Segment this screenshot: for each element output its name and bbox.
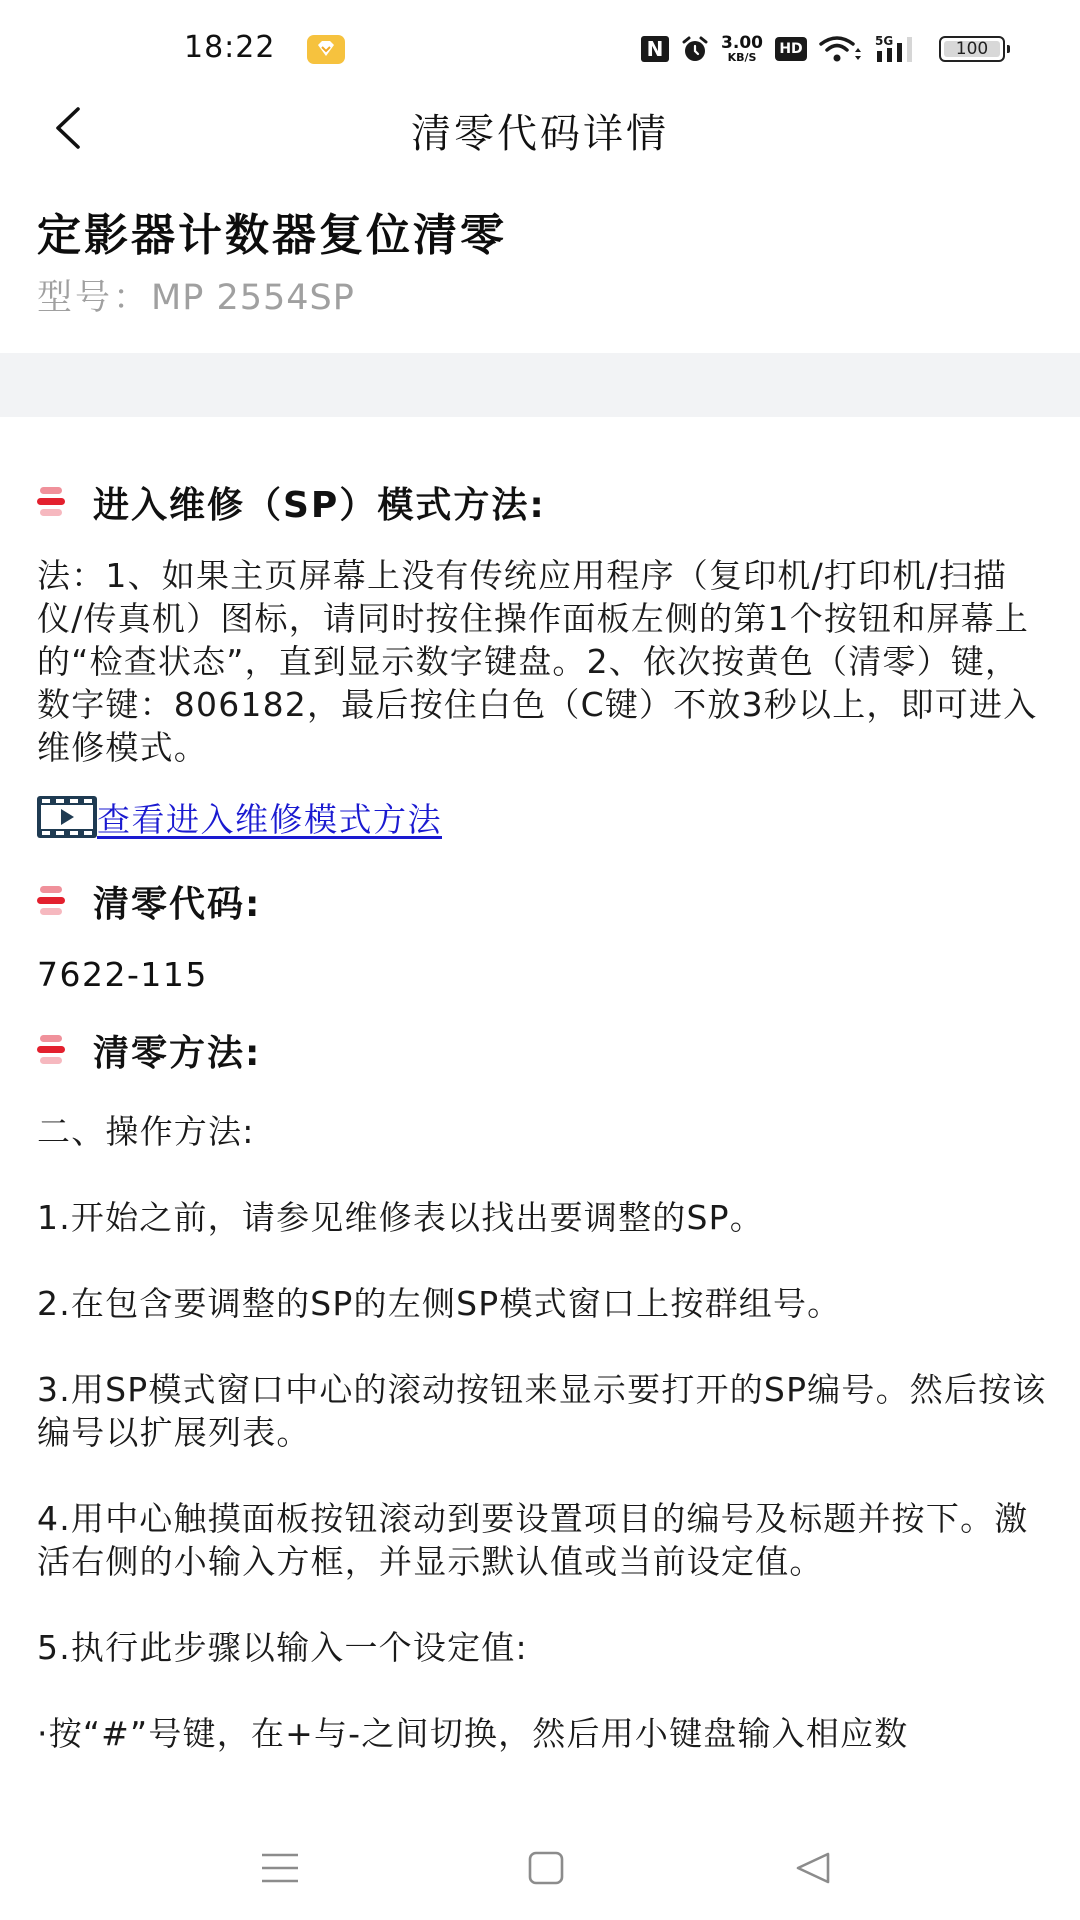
step-item: 4.用中心触摸面板按钮滚动到要设置项目的编号及标题并按下。激活右侧的小输入方框，… bbox=[37, 1497, 1050, 1583]
link-label[interactable]: 查看进入维修模式方法 bbox=[97, 794, 442, 841]
section-marker-icon bbox=[37, 485, 65, 519]
item-title: 定影器计数器复位清零 bbox=[37, 208, 1043, 264]
step-item: ·按“#”号键，在+与-之间切换，然后用小键盘输入相应数 bbox=[37, 1712, 1050, 1755]
menu-icon bbox=[260, 1852, 300, 1884]
reset-code-value: 7622-115 bbox=[37, 953, 1050, 996]
video-icon bbox=[37, 796, 97, 838]
section-title: 清零代码: bbox=[93, 876, 261, 927]
section-title: 进入维修（SP）模式方法: bbox=[93, 477, 546, 528]
battery-icon: 100 bbox=[939, 36, 1005, 62]
battery-level: 100 bbox=[956, 39, 988, 59]
back-triangle-icon bbox=[794, 1851, 834, 1885]
step-item: 3.用SP模式窗口中心的滚动按钮来显示要打开的SP编号。然后按该编号以扩展列表。 bbox=[37, 1368, 1050, 1454]
home-icon bbox=[525, 1851, 565, 1885]
step-item: 5.执行此步骤以输入一个设定值: bbox=[37, 1626, 1050, 1669]
model-label: 型号： bbox=[37, 278, 151, 318]
alarm-icon bbox=[681, 35, 709, 63]
section-marker-icon bbox=[37, 884, 65, 918]
section-marker-icon bbox=[37, 1033, 65, 1067]
step-item: 2.在包含要调整的SP的左侧SP模式窗口上按群组号。 bbox=[37, 1282, 1050, 1325]
section-header-reset-code: 清零代码: bbox=[37, 869, 1050, 933]
nfc-icon: N bbox=[641, 36, 669, 62]
section-header-reset-method: 清零方法: bbox=[37, 1018, 1050, 1082]
recents-button[interactable] bbox=[250, 1843, 310, 1893]
section-title: 清零方法: bbox=[93, 1025, 261, 1076]
vip-diamond-icon bbox=[307, 35, 345, 64]
sp-mode-instructions: 法：1、如果主页屏幕上没有传统应用程序（复印机/打印机/扫描仪/传真机）图标，请… bbox=[37, 554, 1050, 769]
system-nav-bar bbox=[0, 1815, 1080, 1920]
home-button[interactable] bbox=[515, 1843, 575, 1893]
model-value: MP 2554SP bbox=[151, 278, 355, 318]
reset-steps: 二、操作方法: 1.开始之前，请参见维修表以找出要调整的SP。 2.在包含要调整… bbox=[37, 1110, 1050, 1755]
status-time: 18:22 bbox=[184, 30, 275, 65]
app-header: 清零代码详情 bbox=[0, 92, 1080, 164]
model-line: 型号：MP 2554SP bbox=[37, 276, 1043, 320]
hd-voice-icon: HD bbox=[775, 37, 807, 61]
network-speed: 3.00 KB/S bbox=[721, 35, 763, 63]
detail-content[interactable]: 进入维修（SP）模式方法: 法：1、如果主页屏幕上没有传统应用程序（复印机/打印… bbox=[37, 470, 1050, 1815]
cellular-signal-icon: 5G bbox=[875, 34, 919, 64]
wifi-icon bbox=[819, 34, 863, 64]
status-icons: N 3.00 KB/S HD 5G 100 bbox=[641, 29, 1005, 69]
svg-text:5G: 5G bbox=[875, 34, 893, 48]
section-divider bbox=[0, 353, 1080, 417]
view-sp-mode-video-link[interactable]: 查看进入维修模式方法 bbox=[37, 791, 1050, 843]
page-title: 清零代码详情 bbox=[0, 102, 1080, 159]
step-heading: 二、操作方法: bbox=[37, 1110, 1050, 1153]
item-info: 定影器计数器复位清零 型号：MP 2554SP bbox=[37, 208, 1043, 320]
status-bar: 18:22 N 3.00 KB/S HD 5G 100 bbox=[0, 0, 1080, 92]
back-nav-button[interactable] bbox=[784, 1843, 844, 1893]
step-item: 1.开始之前，请参见维修表以找出要调整的SP。 bbox=[37, 1196, 1050, 1239]
section-header-sp-mode: 进入维修（SP）模式方法: bbox=[37, 470, 1050, 534]
